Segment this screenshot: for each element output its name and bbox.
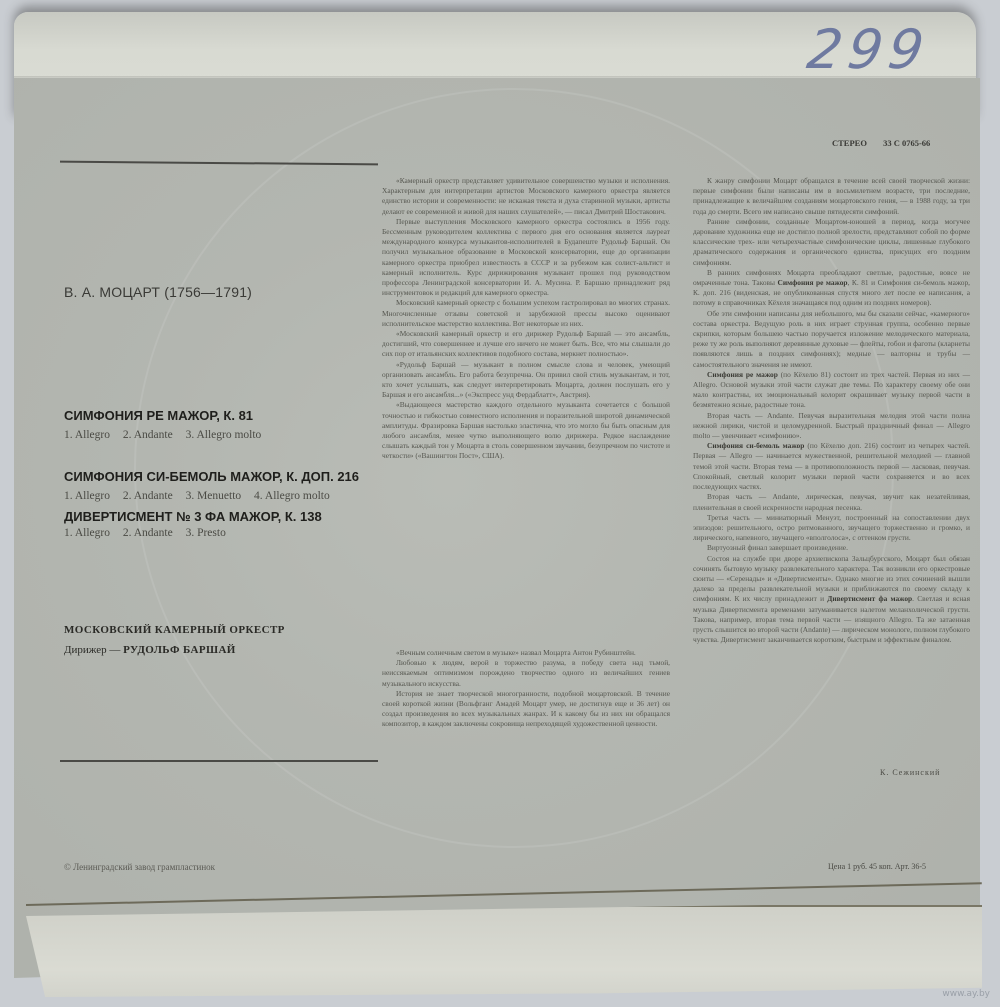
catalog-info: СТЕРЕО 33 С 0765-66 xyxy=(832,138,944,148)
catalog-number: 33 С 0765-66 xyxy=(883,138,930,148)
movement: 1. Allegro xyxy=(64,490,110,502)
conductor-line: Дирижер — РУДОЛЬФ БАРШАЙ xyxy=(64,644,236,656)
copyright-notice: © Ленинградский завод грампластинок xyxy=(64,862,215,872)
movement: 2. Andante xyxy=(123,490,173,502)
liner-notes-works: К жанру симфонии Моцарт обращался в тече… xyxy=(693,176,970,645)
notes-paragraph: «Вечным солнечным светом в музыке» назва… xyxy=(382,648,670,658)
movement: 4. Allegro molto xyxy=(254,490,330,502)
notes-paragraph: «Выдающееся мастерство каждого отдельног… xyxy=(382,400,670,461)
notes-paragraph: Вторая часть — Andante, лирическая, певу… xyxy=(693,492,970,512)
work-title: СИМФОНИЯ СИ-БЕМОЛЬ МАЖОР, К. ДОП. 216 xyxy=(64,469,359,484)
notes-paragraph: Вторая часть — Andante. Певучая выразите… xyxy=(693,411,970,442)
work-title: ДИВЕРТИСМЕНТ № 3 ФА МАЖОР, К. 138 xyxy=(64,509,322,524)
emphasis: Дивертисмент фа мажор xyxy=(827,594,912,603)
notes-paragraph: Обе эти симфонии написаны для небольшого… xyxy=(693,309,970,370)
conductor-label: Дирижер — xyxy=(64,644,120,656)
emphasis: Симфония си-бемоль мажор xyxy=(707,441,804,450)
notes-paragraph: К жанру симфонии Моцарт обращался в тече… xyxy=(693,176,970,217)
movement: 1. Allegro xyxy=(64,429,110,441)
format-label: СТЕРЕО xyxy=(832,138,867,148)
movement: 3. Menuetto xyxy=(186,490,242,502)
price-label: Цена 1 руб. 45 коп. Арт. 36-5 xyxy=(828,862,926,871)
notes-paragraph: Ранние симфонии, созданные Моцартом-юнош… xyxy=(693,217,970,268)
notes-paragraph: «Московский камерный оркестр и его дириж… xyxy=(382,329,670,360)
sleeve-content: СТЕРЕО 33 С 0765-66 В. А. МОЦАРТ (1756—1… xyxy=(0,0,1000,1007)
work-title: СИМФОНИЯ РЕ МАЖОР, К. 81 xyxy=(64,408,253,423)
movement-list: 1. Allegro 2. Andante 3. Presto xyxy=(64,527,236,539)
movement: 2. Andante xyxy=(123,429,173,441)
notes-paragraph: Виртуозный финал завершает произведение. xyxy=(693,543,970,553)
liner-notes-mozart: «Вечным солнечным светом в музыке» назва… xyxy=(382,648,670,730)
composer-heading: В. А. МОЦАРТ (1756—1791) xyxy=(64,284,252,300)
bottom-divider xyxy=(60,760,378,762)
top-divider xyxy=(60,161,378,166)
conductor-name: РУДОЛЬФ БАРШАЙ xyxy=(123,644,236,656)
notes-paragraph: История не знает творческой многограннос… xyxy=(382,689,670,730)
notes-paragraph: Симфония ре мажор (по Кёхелю 81) состоит… xyxy=(693,370,970,411)
notes-paragraph: Состоя на службе при дворе архиепископа … xyxy=(693,554,970,646)
movement-list: 1. Allegro 2. Andante 3. Allegro molto xyxy=(64,429,271,441)
movement: 3. Presto xyxy=(186,527,226,539)
emphasis: Симфония ре мажор xyxy=(707,370,778,379)
notes-paragraph: Московский камерный оркестр с большим ус… xyxy=(382,298,670,329)
notes-paragraph: В ранних симфониях Моцарта преобладают с… xyxy=(693,268,970,309)
notes-paragraph: Симфония си-бемоль мажор (по Кёхелю доп.… xyxy=(693,441,970,492)
movement: 2. Andante xyxy=(123,527,173,539)
notes-paragraph: «Рудольф Баршай — музыкант в полном смыс… xyxy=(382,360,670,401)
notes-paragraph: «Камерный оркестр представляет удивитель… xyxy=(382,176,670,217)
orchestra-name: МОСКОВСКИЙ КАМЕРНЫЙ ОРКЕСТР xyxy=(64,624,285,636)
notes-paragraph: Третья часть — миниатюрный Менуэт, постр… xyxy=(693,513,970,544)
notes-author: К. Сежинский xyxy=(880,768,940,777)
notes-paragraph: Первые выступления Московского камерного… xyxy=(382,217,670,299)
movement: 3. Allegro molto xyxy=(186,429,262,441)
notes-paragraph: Любовью к людям, верой в торжество разум… xyxy=(382,658,670,689)
movement: 1. Allegro xyxy=(64,527,110,539)
liner-notes-orchestra: «Камерный оркестр представляет удивитель… xyxy=(382,176,670,462)
movement-list: 1. Allegro 2. Andante 3. Menuetto 4. All… xyxy=(64,490,340,502)
emphasis: Симфония ре мажор xyxy=(778,278,848,287)
watermark: www.ay.by xyxy=(942,989,990,999)
